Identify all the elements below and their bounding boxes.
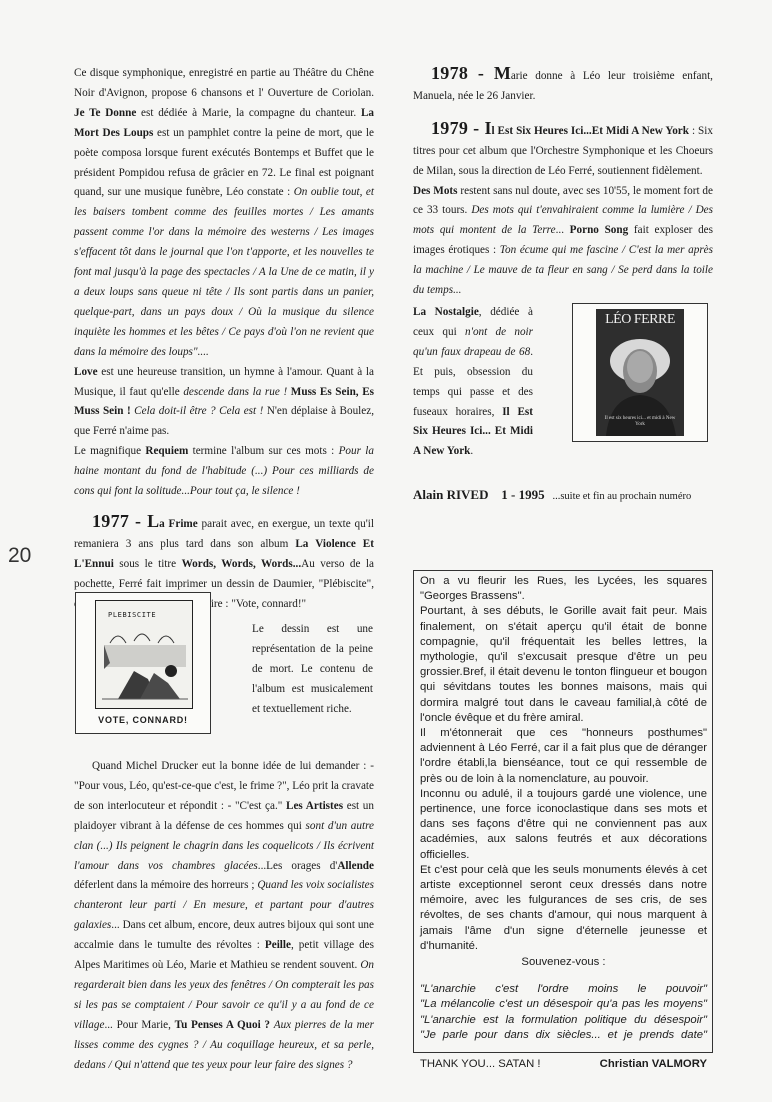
paragraph-nostalgie: La Nostalgie, dédiée à ceux qui n'ont de… (413, 303, 533, 462)
year-heading: 1978 - (431, 63, 494, 83)
section-1978: 1978 - Marie donne à Léo leur troisième … (413, 64, 713, 107)
section-1979: 1979 - Il Est Six Heures Ici...Et Midi A… (413, 119, 713, 182)
article-signature: Alain RIVED 1 - 1995 ...suite et fin au … (413, 487, 691, 503)
continuation-note: ...suite et fin au prochain numéro (552, 491, 691, 502)
album-cover-title: LÉO FERRE (596, 312, 684, 328)
text-line: Pourtant, à ses débuts, le Gorille avait… (420, 604, 707, 726)
text-line: "L'anarchie est la formulation politique… (420, 1013, 707, 1028)
drop-cap: L (147, 511, 159, 531)
paragraph-des-mots: Des Mots restent sans nul doute, avec se… (413, 182, 713, 301)
right-column: 1978 - Marie donne à Léo leur troisième … (413, 64, 713, 301)
page-number: 20 (8, 544, 31, 568)
text-line: Et c'est pour celà que les seuls monumen… (420, 863, 707, 954)
text-line: "Je parle pour dans dix siècles... et je… (420, 1028, 707, 1043)
signature-date: 1 - 1995 (501, 487, 544, 502)
ferre-quotes: "L'anarchie c'est l'ordre moins le pouvo… (420, 982, 707, 1043)
album-cover-subtitle: Il est six heures ici... et midi à New Y… (600, 416, 680, 428)
text-line: "L'anarchie c'est l'ordre moins le pouvo… (420, 982, 707, 997)
plebiscite-illustration: PLEBISCITE (95, 600, 193, 709)
plebiscite-drawing-figure: PLEBISCITE VOTE, CONNARD! (75, 592, 211, 734)
album-cover-figure: LÉO FERRE Il est six heures ici... et mi… (572, 303, 708, 442)
paragraph-requiem: Le magnifique Requiem termine l'album su… (74, 442, 374, 502)
paragraph-drucker-artistes: Quand Michel Drucker eut la bonne idée d… (74, 757, 374, 1076)
plebiscite-caption: VOTE, CONNARD! (76, 715, 210, 725)
paragraph-symphonic-album: Ce disque symphonique, enregistré en par… (74, 64, 374, 363)
left-column-lower: Quand Michel Drucker eut la bonne idée d… (74, 757, 374, 1076)
year-heading: 1977 - (92, 511, 147, 531)
left-column: Ce disque symphonique, enregistré en par… (74, 64, 374, 614)
album-cover-image: LÉO FERRE Il est six heures ici... et mi… (596, 309, 684, 436)
tribute-box: On a vu fleurir les Rues, les Lycées, le… (413, 570, 713, 1053)
text-line: "La mélancolie c'est un désespoir qu'a p… (420, 997, 707, 1012)
tribute-paragraphs: On a vu fleurir les Rues, les Lycées, le… (420, 574, 707, 954)
tribute-footer: THANK YOU... SATAN ! Christian VALMORY (420, 1057, 707, 1072)
text-line: On a vu fleurir les Rues, les Lycées, le… (420, 574, 707, 604)
remember-heading: Souvenez-vous : (420, 955, 707, 970)
paragraph-love-requiem: Love est une heureuse transition, un hym… (74, 363, 374, 443)
text-line: Il m'étonnerait que ces "honneurs posthu… (420, 726, 707, 787)
year-heading: 1979 - (431, 118, 484, 138)
text-line: Inconnu ou adulé, il a toujours gardé un… (420, 787, 707, 863)
drop-cap: M (494, 63, 511, 83)
author-name: Alain RIVED (413, 487, 489, 502)
tribute-author: Christian VALMORY (600, 1057, 707, 1072)
closing-line: THANK YOU... SATAN ! (420, 1057, 541, 1072)
drawing-description: Le dessin est une représentation de la p… (252, 620, 373, 720)
drawing-graphic-icon (96, 601, 192, 708)
